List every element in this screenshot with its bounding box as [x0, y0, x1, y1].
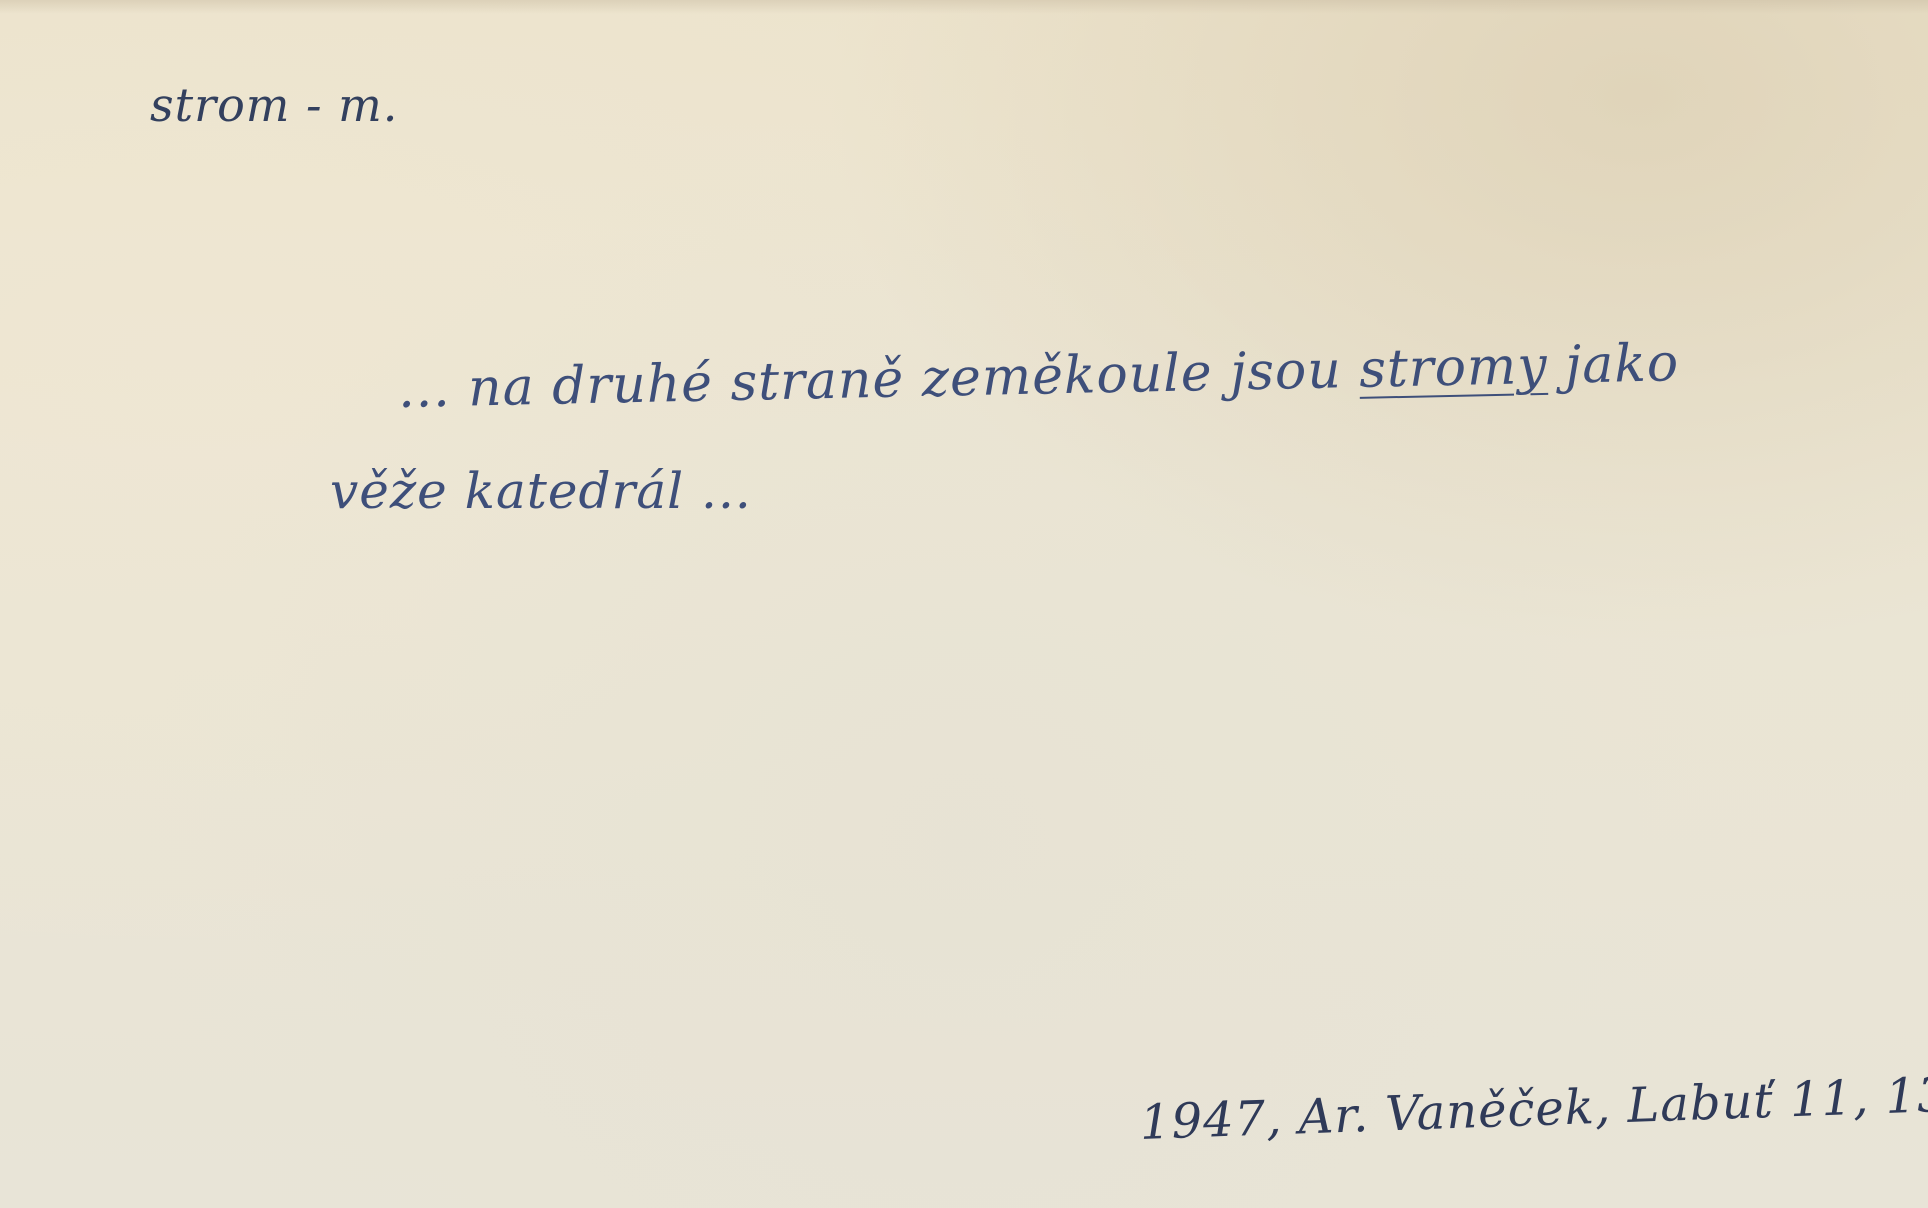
source-citation: 1947, Ar. Vaněček, Labuť 11, 13 — [1139, 1067, 1928, 1151]
quote-highlight-word: stromy — [1359, 336, 1549, 400]
quote-line-1: ... na druhé straně zeměkoule jsou strom… — [397, 333, 1679, 420]
headword: strom - m. — [150, 78, 398, 132]
index-card: strom - m. ... na druhé straně zeměkoule… — [0, 0, 1928, 1208]
quote-line-2: věže katedrál ... — [330, 462, 752, 520]
quote-prefix: ... na druhé straně zeměkoule jsou — [397, 340, 1359, 420]
quote-suffix: jako — [1547, 333, 1680, 396]
